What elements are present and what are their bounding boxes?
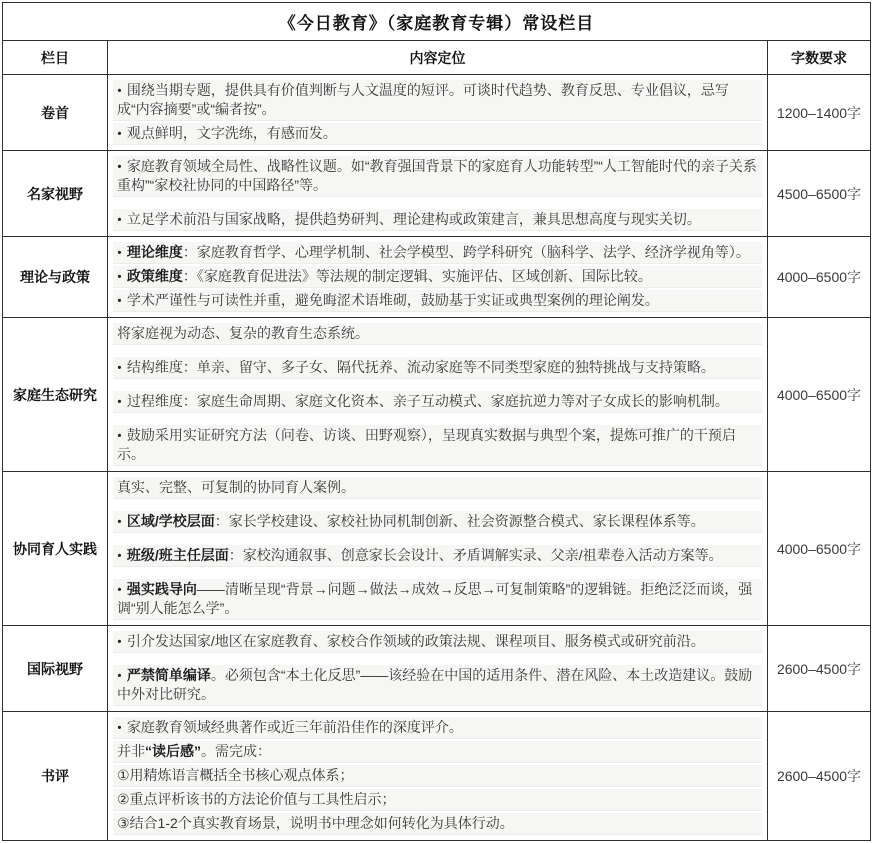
item-text-segment: ：《家庭教育促进法》等法规的制定逻辑、实施评估、区域创新、国际比较。 bbox=[183, 268, 652, 284]
bullet-icon: • bbox=[117, 514, 121, 529]
wordcount-cell: 2600–4500字 bbox=[767, 626, 870, 712]
header-content-positioning: 内容定位 bbox=[108, 41, 768, 75]
item-text-segment: 严禁简单编译 bbox=[127, 667, 211, 683]
item-text-segment: 家庭教育领域经典著作或近三年前沿佳作的深度评介。 bbox=[127, 719, 463, 735]
bullet-icon: • bbox=[117, 245, 121, 260]
item-text-segment: ②重点评析该书的方法论价值与工具性启示； bbox=[117, 791, 396, 807]
item-text-segment: 家庭教育领域全局性、战略性议题。如“教育强国背景下的家庭育人功能转型”“人工智能… bbox=[117, 158, 757, 193]
content-item: •强实践导向——清晰呈现“背景→问题→做法→成效→反思→可复制策略”的逻辑链。拒… bbox=[113, 579, 762, 620]
item-text-segment: ：家校沟通叙事、创意家长会设计、矛盾调解实录、父亲/祖辈卷入活动方案等。 bbox=[229, 547, 723, 563]
bullet-icon: • bbox=[117, 83, 121, 98]
table-row: 名家视野•家庭教育领域全局性、战略性议题。如“教育强国背景下的家庭育人功能转型”… bbox=[3, 151, 871, 237]
item-text-segment: 学术严谨性与可读性并重，避免晦涩术语堆砌，鼓励基于实证或典型案例的理论阐发。 bbox=[127, 292, 659, 308]
table-row: 卷首•围绕当期专题，提供具有价值判断与人文温度的短评。可谈时代趋势、教育反思、专… bbox=[3, 75, 871, 151]
bullet-icon: • bbox=[117, 428, 121, 443]
wordcount-cell: 4000–6500字 bbox=[767, 318, 870, 472]
header-wordcount-requirement: 字数要求 bbox=[767, 41, 870, 75]
item-text-segment: 政策维度 bbox=[127, 268, 183, 284]
item-text-segment: 结构维度：单亲、留守、多子女、隔代抚养、流动家庭等不同类型家庭的独特挑战与支持策… bbox=[127, 359, 715, 375]
content-item: ①用精炼语言概括全书核心观点体系； bbox=[113, 765, 762, 787]
content-item: •家庭教育领域全局性、战略性议题。如“教育强国背景下的家庭育人功能转型”“人工智… bbox=[113, 156, 762, 197]
bullet-icon: • bbox=[117, 548, 121, 563]
content-item: •家庭教育领域经典著作或近三年前沿佳作的深度评介。 bbox=[113, 717, 762, 739]
bullet-icon: • bbox=[117, 582, 121, 597]
header-column-name: 栏目 bbox=[3, 41, 108, 75]
table-row: 协同育人实践真实、完整、可复制的协同育人案例。•区域/学校层面：家长学校建设、家… bbox=[3, 472, 871, 626]
table-row: 书评•家庭教育领域经典著作或近三年前沿佳作的深度评介。并非“读后感”。需完成：①… bbox=[3, 712, 871, 841]
item-text-segment: 班级/班主任层面 bbox=[127, 547, 229, 563]
item-text-segment: 理论维度 bbox=[127, 244, 183, 260]
content-item: •班级/班主任层面：家校沟通叙事、创意家长会设计、矛盾调解实录、父亲/祖辈卷入活… bbox=[113, 545, 762, 567]
content-item: •严禁简单编译。必须包含“本土化反思”——该经验在中国的适用条件、潜在风险、本土… bbox=[113, 665, 762, 706]
bullet-icon: • bbox=[117, 212, 121, 227]
content-item: 并非“读后感”。需完成： bbox=[113, 741, 762, 763]
item-text-segment: 强实践导向 bbox=[127, 581, 197, 597]
item-text-segment: 将家庭视为动态、复杂的教育生态系统。 bbox=[117, 325, 369, 341]
content-item: ②重点评析该书的方法论价值与工具性启示； bbox=[113, 789, 762, 811]
page-title: 《今日教育》（家庭教育专辑）常设栏目 bbox=[3, 3, 871, 41]
item-text-segment: ：家长学校建设、家校社协同机制创新、社会资源整合模式、家长课程体系等。 bbox=[215, 513, 705, 529]
row-label: 理论与政策 bbox=[3, 237, 108, 318]
wordcount-cell: 4000–6500字 bbox=[767, 237, 870, 318]
item-text-segment: 观点鲜明，文字洗练，有感而发。 bbox=[127, 125, 337, 141]
item-text-segment: ③结合1-2个真实教育场景，说明书中理念如何转化为具体行动。 bbox=[117, 815, 514, 831]
row-label: 卷首 bbox=[3, 75, 108, 151]
item-text-segment: 。需完成： bbox=[201, 743, 271, 759]
title-row: 《今日教育》（家庭教育专辑）常设栏目 bbox=[3, 3, 871, 41]
table-row: 家庭生态研究将家庭视为动态、复杂的教育生态系统。•结构维度：单亲、留守、多子女、… bbox=[3, 318, 871, 472]
bullet-icon: • bbox=[117, 126, 121, 141]
content-cell: •引介发达国家/地区在家庭教育、家校合作领域的政策法规、课程项目、服务模式或研究… bbox=[108, 626, 768, 712]
row-label: 家庭生态研究 bbox=[3, 318, 108, 472]
bullet-icon: • bbox=[117, 293, 121, 308]
content-cell: •理论维度：家庭教育哲学、心理学机制、社会学模型、跨学科研究（脑科学、法学、经济… bbox=[108, 237, 768, 318]
item-text-segment: ①用精炼语言概括全书核心观点体系； bbox=[117, 767, 354, 783]
item-text-segment: 。必须包含“本土化反思”——该经验在中国的适用条件、潜在风险、本土改造建议。鼓励… bbox=[117, 667, 752, 702]
bullet-icon: • bbox=[117, 720, 121, 735]
wordcount-cell: 1200–1400字 bbox=[767, 75, 870, 151]
content-item: •观点鲜明，文字洗练，有感而发。 bbox=[113, 123, 762, 145]
item-text-segment: 鼓励采用实证研究方法（问卷、访谈、田野观察），呈现真实数据与典型个案，提炼可推广… bbox=[117, 427, 736, 462]
content-item: 真实、完整、可复制的协同育人案例。 bbox=[113, 477, 762, 499]
item-text-segment: 过程维度：家庭生命周期、家庭文化资本、亲子互动模式、家庭抗逆力等对子女成长的影响… bbox=[127, 393, 729, 409]
content-item: •鼓励采用实证研究方法（问卷、访谈、田野观察），呈现真实数据与典型个案，提炼可推… bbox=[113, 425, 762, 466]
wordcount-cell: 4500–6500字 bbox=[767, 151, 870, 237]
table-row: 理论与政策•理论维度：家庭教育哲学、心理学机制、社会学模型、跨学科研究（脑科学、… bbox=[3, 237, 871, 318]
content-cell: 真实、完整、可复制的协同育人案例。•区域/学校层面：家长学校建设、家校社协同机制… bbox=[108, 472, 768, 626]
bullet-icon: • bbox=[117, 360, 121, 375]
content-cell: •家庭教育领域经典著作或近三年前沿佳作的深度评介。并非“读后感”。需完成：①用精… bbox=[108, 712, 768, 841]
row-label: 书评 bbox=[3, 712, 108, 841]
content-item: •政策维度：《家庭教育促进法》等法规的制定逻辑、实施评估、区域创新、国际比较。 bbox=[113, 266, 762, 288]
bullet-icon: • bbox=[117, 159, 121, 174]
bullet-icon: • bbox=[117, 634, 121, 649]
content-item: •过程维度：家庭生命周期、家庭文化资本、亲子互动模式、家庭抗逆力等对子女成长的影… bbox=[113, 391, 762, 413]
bullet-icon: • bbox=[117, 394, 121, 409]
table-row: 国际视野•引介发达国家/地区在家庭教育、家校合作领域的政策法规、课程项目、服务模… bbox=[3, 626, 871, 712]
document-page: 《今日教育》（家庭教育专辑）常设栏目 栏目 内容定位 字数要求 卷首•围绕当期专… bbox=[2, 2, 871, 841]
content-cell: 将家庭视为动态、复杂的教育生态系统。•结构维度：单亲、留守、多子女、隔代抚养、流… bbox=[108, 318, 768, 472]
item-text-segment: ——清晰呈现“背景→问题→做法→成效→反思→可复制策略”的逻辑链。拒绝泛泛而谈，… bbox=[117, 581, 752, 616]
item-text-segment: 区域/学校层面 bbox=[127, 513, 215, 529]
content-cell: •围绕当期专题，提供具有价值判断与人文温度的短评。可谈时代趋势、教育反思、专业倡… bbox=[108, 75, 768, 151]
row-label: 名家视野 bbox=[3, 151, 108, 237]
content-item: •引介发达国家/地区在家庭教育、家校合作领域的政策法规、课程项目、服务模式或研究… bbox=[113, 631, 762, 653]
row-label: 国际视野 bbox=[3, 626, 108, 712]
bullet-icon: • bbox=[117, 668, 121, 683]
table-body: 卷首•围绕当期专题，提供具有价值判断与人文温度的短评。可谈时代趋势、教育反思、专… bbox=[3, 75, 871, 841]
content-item: •学术严谨性与可读性并重，避免晦涩术语堆砌，鼓励基于实证或典型案例的理论阐发。 bbox=[113, 290, 762, 312]
item-text-segment: ：家庭教育哲学、心理学机制、社会学模型、跨学科研究（脑科学、法学、经济学视角等）… bbox=[183, 244, 750, 260]
bullet-icon: • bbox=[117, 269, 121, 284]
content-item: •区域/学校层面：家长学校建设、家校社协同机制创新、社会资源整合模式、家长课程体… bbox=[113, 511, 762, 533]
header-row: 栏目 内容定位 字数要求 bbox=[3, 41, 871, 75]
item-text-segment: 引介发达国家/地区在家庭教育、家校合作领域的政策法规、课程项目、服务模式或研究前… bbox=[127, 633, 705, 649]
content-cell: •家庭教育领域全局性、战略性议题。如“教育强国背景下的家庭育人功能转型”“人工智… bbox=[108, 151, 768, 237]
item-text-segment: 真实、完整、可复制的协同育人案例。 bbox=[117, 479, 355, 495]
content-item: •理论维度：家庭教育哲学、心理学机制、社会学模型、跨学科研究（脑科学、法学、经济… bbox=[113, 242, 762, 264]
content-item: •围绕当期专题，提供具有价值判断与人文温度的短评。可谈时代趋势、教育反思、专业倡… bbox=[113, 80, 762, 121]
content-item: •立足学术前沿与国家战略，提供趋势研判、理论建构或政策建言，兼具思想高度与现实关… bbox=[113, 209, 762, 231]
content-item: ③结合1-2个真实教育场景，说明书中理念如何转化为具体行动。 bbox=[113, 813, 762, 835]
wordcount-cell: 4000–6500字 bbox=[767, 472, 870, 626]
item-text-segment: 立足学术前沿与国家战略，提供趋势研判、理论建构或政策建言，兼具思想高度与现实关切… bbox=[127, 211, 701, 227]
item-text-segment: “读后感” bbox=[145, 743, 201, 759]
content-item: 将家庭视为动态、复杂的教育生态系统。 bbox=[113, 323, 762, 345]
item-text-segment: 并非 bbox=[117, 743, 145, 759]
wordcount-cell: 2600–4500字 bbox=[767, 712, 870, 841]
columns-table: 《今日教育》（家庭教育专辑）常设栏目 栏目 内容定位 字数要求 卷首•围绕当期专… bbox=[2, 2, 871, 841]
content-item: •结构维度：单亲、留守、多子女、隔代抚养、流动家庭等不同类型家庭的独特挑战与支持… bbox=[113, 357, 762, 379]
row-label: 协同育人实践 bbox=[3, 472, 108, 626]
item-text-segment: 围绕当期专题，提供具有价值判断与人文温度的短评。可谈时代趋势、教育反思、专业倡议… bbox=[117, 82, 729, 117]
